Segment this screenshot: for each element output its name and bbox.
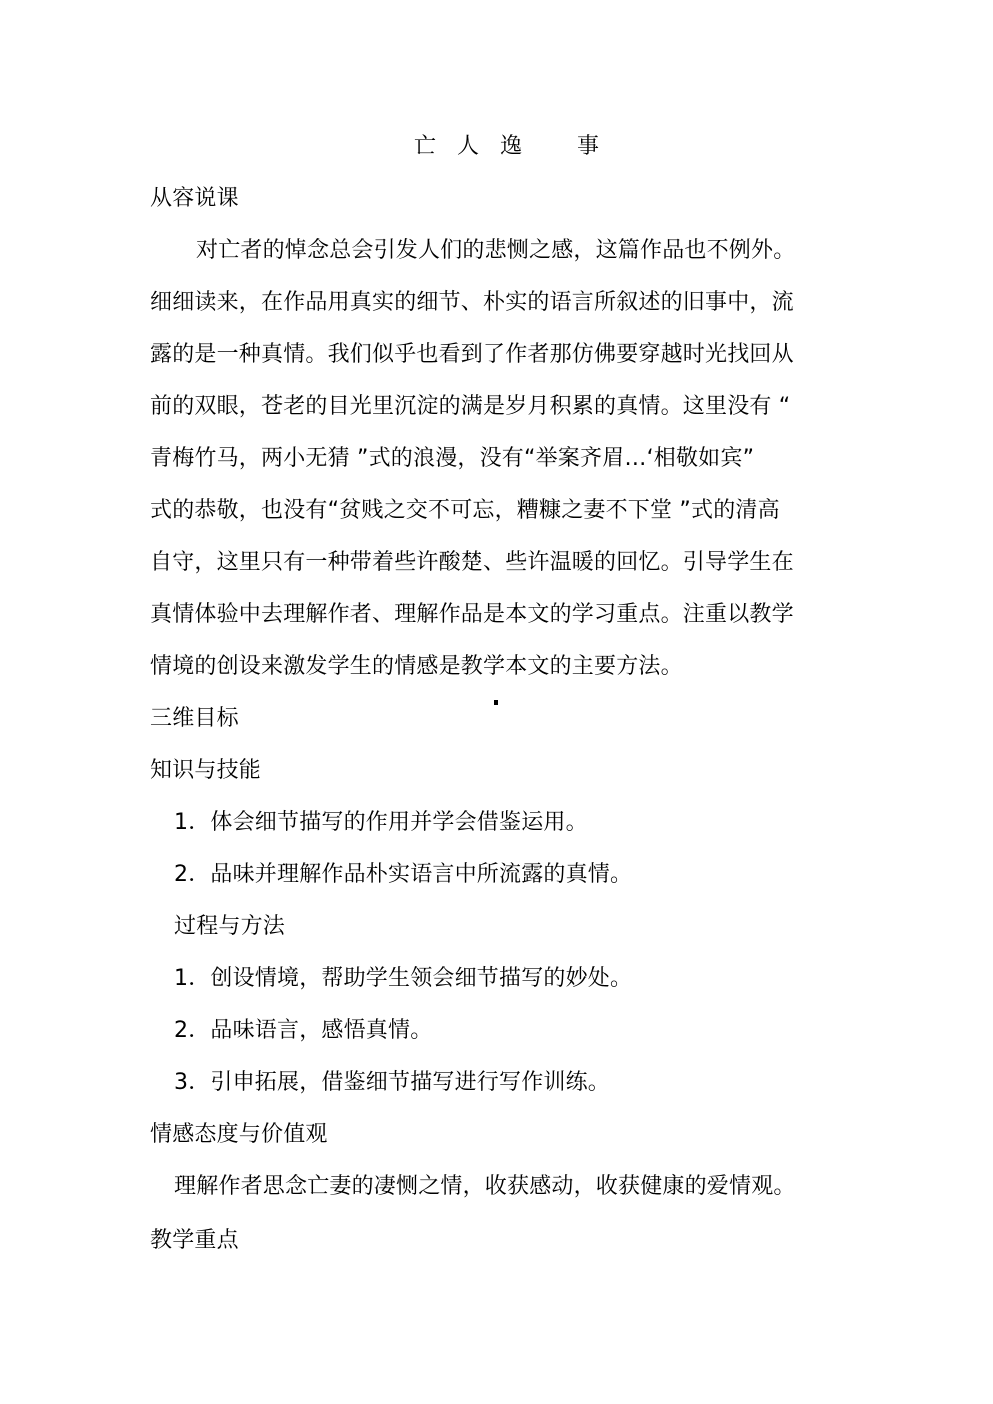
intro-line: 青梅竹马，两小无猜 ”式的浪漫，没有“举案齐眉…‘相敬如宾” [150,444,754,474]
intro-line: 前的双眼，苍老的目光里沉淀的满是岁月积累的真情。这里没有 “ [150,392,790,422]
process-item: 2．品味语言，感悟真情。 [174,1016,432,1046]
document-title: 亡 人 逸 事 [414,132,599,162]
knowledge-item: 2．品味并理解作品朴实语言中所流露的真情。 [174,860,632,890]
intro-line: 细细读来，在作品用真实的细节、朴实的语言所叙述的旧事中，流 [150,288,794,318]
section-heading-intro: 从容说课 [150,184,239,214]
emotion-text: 理解作者思念亡妻的凄恻之情，收获感动，收获健康的爱情观。 [174,1172,796,1202]
document-page: 亡 人 逸 事 从容说课 对亡者的悼念总会引发人们的悲恻之感，这篇作品也不例外。… [0,0,993,1404]
title-char: 事 [577,134,599,159]
process-item: 1．创设情境，帮助学生领会细节描写的妙处。 [174,964,632,994]
process-item: 3．引申拓展，借鉴细节描写进行写作训练。 [174,1068,610,1098]
subheading-emotion: 情感态度与价值观 [150,1120,328,1150]
title-char: 逸 [500,134,522,159]
intro-line: 露的是一种真情。我们似乎也看到了作者那仿佛要穿越时光找回从 [150,340,794,370]
knowledge-item: 1．体会细节描写的作用并学会借鉴运用。 [174,808,588,838]
section-heading-goals: 三维目标 [150,704,239,734]
subheading-knowledge: 知识与技能 [150,756,261,786]
title-char: 人 [457,134,479,159]
intro-line: 真情体验中去理解作者、理解作品是本文的学习重点。注重以教学 [150,600,794,630]
stray-mark [494,700,498,705]
intro-line: 自守，这里只有一种带着些许酸楚、些许温暖的回忆。引导学生在 [150,548,794,578]
section-heading-focus: 教学重点 [150,1226,239,1256]
intro-line: 对亡者的悼念总会引发人们的悲恻之感，这篇作品也不例外。 [196,236,795,266]
intro-line: 情境的创设来激发学生的情感是教学本文的主要方法。 [150,652,683,682]
subheading-process: 过程与方法 [174,912,285,942]
intro-line: 式的恭敬，也没有“贫贱之交不可忘，糟糠之妻不下堂 ”式的清高 [150,496,780,526]
title-char: 亡 [414,134,436,159]
